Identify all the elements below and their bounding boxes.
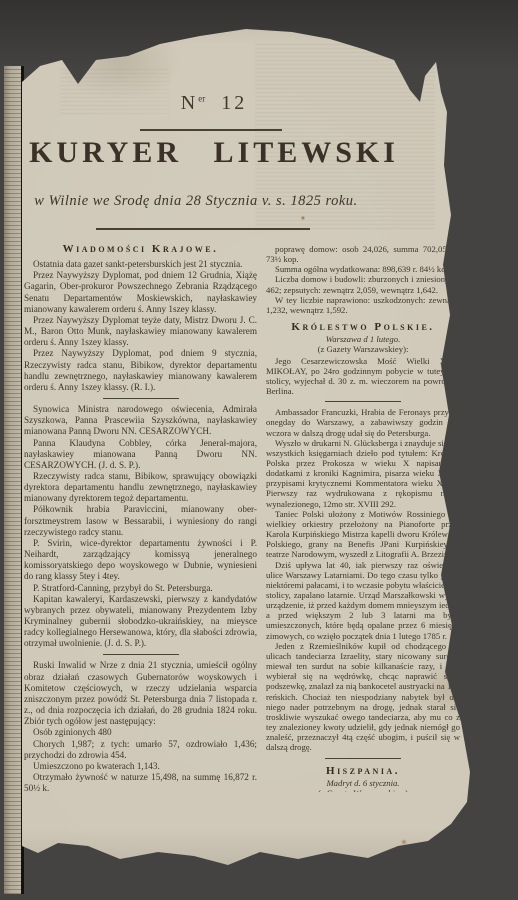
paragraph: Ruski Inwalid w Nrze z dnia 21 stycznia,… — [24, 660, 257, 727]
paragraph: Ambassador Francuzki, Hrabia de Feronays… — [266, 407, 460, 437]
article-columns: Wiadomości Krajowe.Ostatnia data gazet s… — [24, 244, 460, 792]
paragraph: Przez Naywyższy Dyplomat, pod dniem 12 G… — [24, 270, 257, 315]
masthead-dateline: w Wilnie we Srodę dnia 28 Stycznia v. s.… — [0, 193, 392, 210]
left-column: Wiadomości Krajowe.Ostatnia data gazet s… — [24, 244, 257, 792]
paragraph: P. Stratford-Canning, przybył do St. Pet… — [24, 583, 257, 594]
paragraph: Kapitan kawaleryi, Kardaszewski, pierwsz… — [24, 594, 257, 650]
separator-rule — [103, 654, 179, 655]
newspaper-title: KURYER LITEWSKI — [0, 136, 428, 170]
separator-rule — [103, 398, 179, 399]
paragraph: Liczba domow i budowli: zburzonych i zni… — [266, 274, 460, 294]
dateline-byline: Madryt d. 6 stycznia. — [266, 778, 460, 788]
paragraph: Jego Cesarzewiczowska Mość Wielki Xiążę … — [266, 356, 460, 397]
section-header: Wiadomości Krajowe. — [24, 244, 257, 255]
paragraph: Wyszło w drukarni N. Glücksberga i znayd… — [266, 438, 460, 509]
issue-number: Ner 12 — [24, 92, 404, 115]
adjacent-page-edge — [4, 66, 24, 894]
masthead-rule — [140, 129, 282, 131]
paragraph: Ostatnia data gazet sankt-petersburskich… — [24, 259, 257, 270]
dateline-rule — [96, 228, 310, 230]
paragraph: P. Svirin, wice-dyrektor departamentu ży… — [24, 538, 257, 583]
paragraph: Summa ogólna wydatkowana: 898,639 r. 84½… — [266, 264, 460, 274]
paragraph: W tey liczbie naprawiono: uszkodzonych: … — [266, 295, 460, 315]
separator-rule — [325, 401, 401, 402]
issue-number-superscript: er — [198, 93, 205, 103]
paragraph: Rzeczywisty radca stanu, Bibikow, sprawu… — [24, 471, 257, 504]
section-header: Hiszpania. — [266, 766, 460, 776]
source-attribution: (z Gazety Warszawskiey): — [266, 344, 460, 354]
paragraph: Osób zginionych 480 — [24, 727, 257, 738]
paragraph: Synowica Ministra narodowego oświecenia,… — [24, 404, 257, 437]
paragraph: Półkownik hrabia Paraviccini, mianowany … — [24, 504, 257, 537]
paragraph: Panna Klaudyna Cobbley, córka Jenerał-ma… — [24, 438, 257, 471]
right-column: poprawę domow: osob 24,026, summa 702,05… — [266, 244, 460, 792]
source-attribution: (z Gazety Warszawskiey.) — [266, 788, 460, 792]
paragraph: Taniec Polski ułożony z Motiwów Rossinie… — [266, 509, 460, 560]
paragraph: Chorych 1,987; z tych: umarło 57, ozdrow… — [24, 739, 257, 761]
scanned-newspaper-view: { "document_type": "historical newspaper… — [0, 0, 518, 900]
paragraph: Jeden z Rzemieślników kupił od chodząceg… — [266, 641, 460, 753]
dateline-byline: Warszawa d 1 lutego. — [266, 334, 460, 344]
paragraph: Otrzymało żywność w naturze 15,498, na s… — [24, 772, 257, 792]
paragraph: Przez Naywyższy Dyplomat, pod dniem 9 st… — [24, 348, 257, 393]
section-header: Królestwo Polskie. — [266, 322, 460, 332]
paragraph: Przez Naywyższy Dyplomat teyże daty, Mis… — [24, 315, 257, 348]
paragraph: Umieszczono po kwaterach 1,143. — [24, 761, 257, 772]
newspaper-sheet: Ner 12 KURYER LITEWSKI w Wilnie we Srodę… — [0, 0, 518, 900]
paragraph: poprawę domow: osob 24,026, summa 702,05… — [266, 244, 460, 264]
separator-rule — [325, 758, 401, 759]
paragraph: Dziś upływa lat 40, iak pierwszy raz ośw… — [266, 560, 460, 641]
